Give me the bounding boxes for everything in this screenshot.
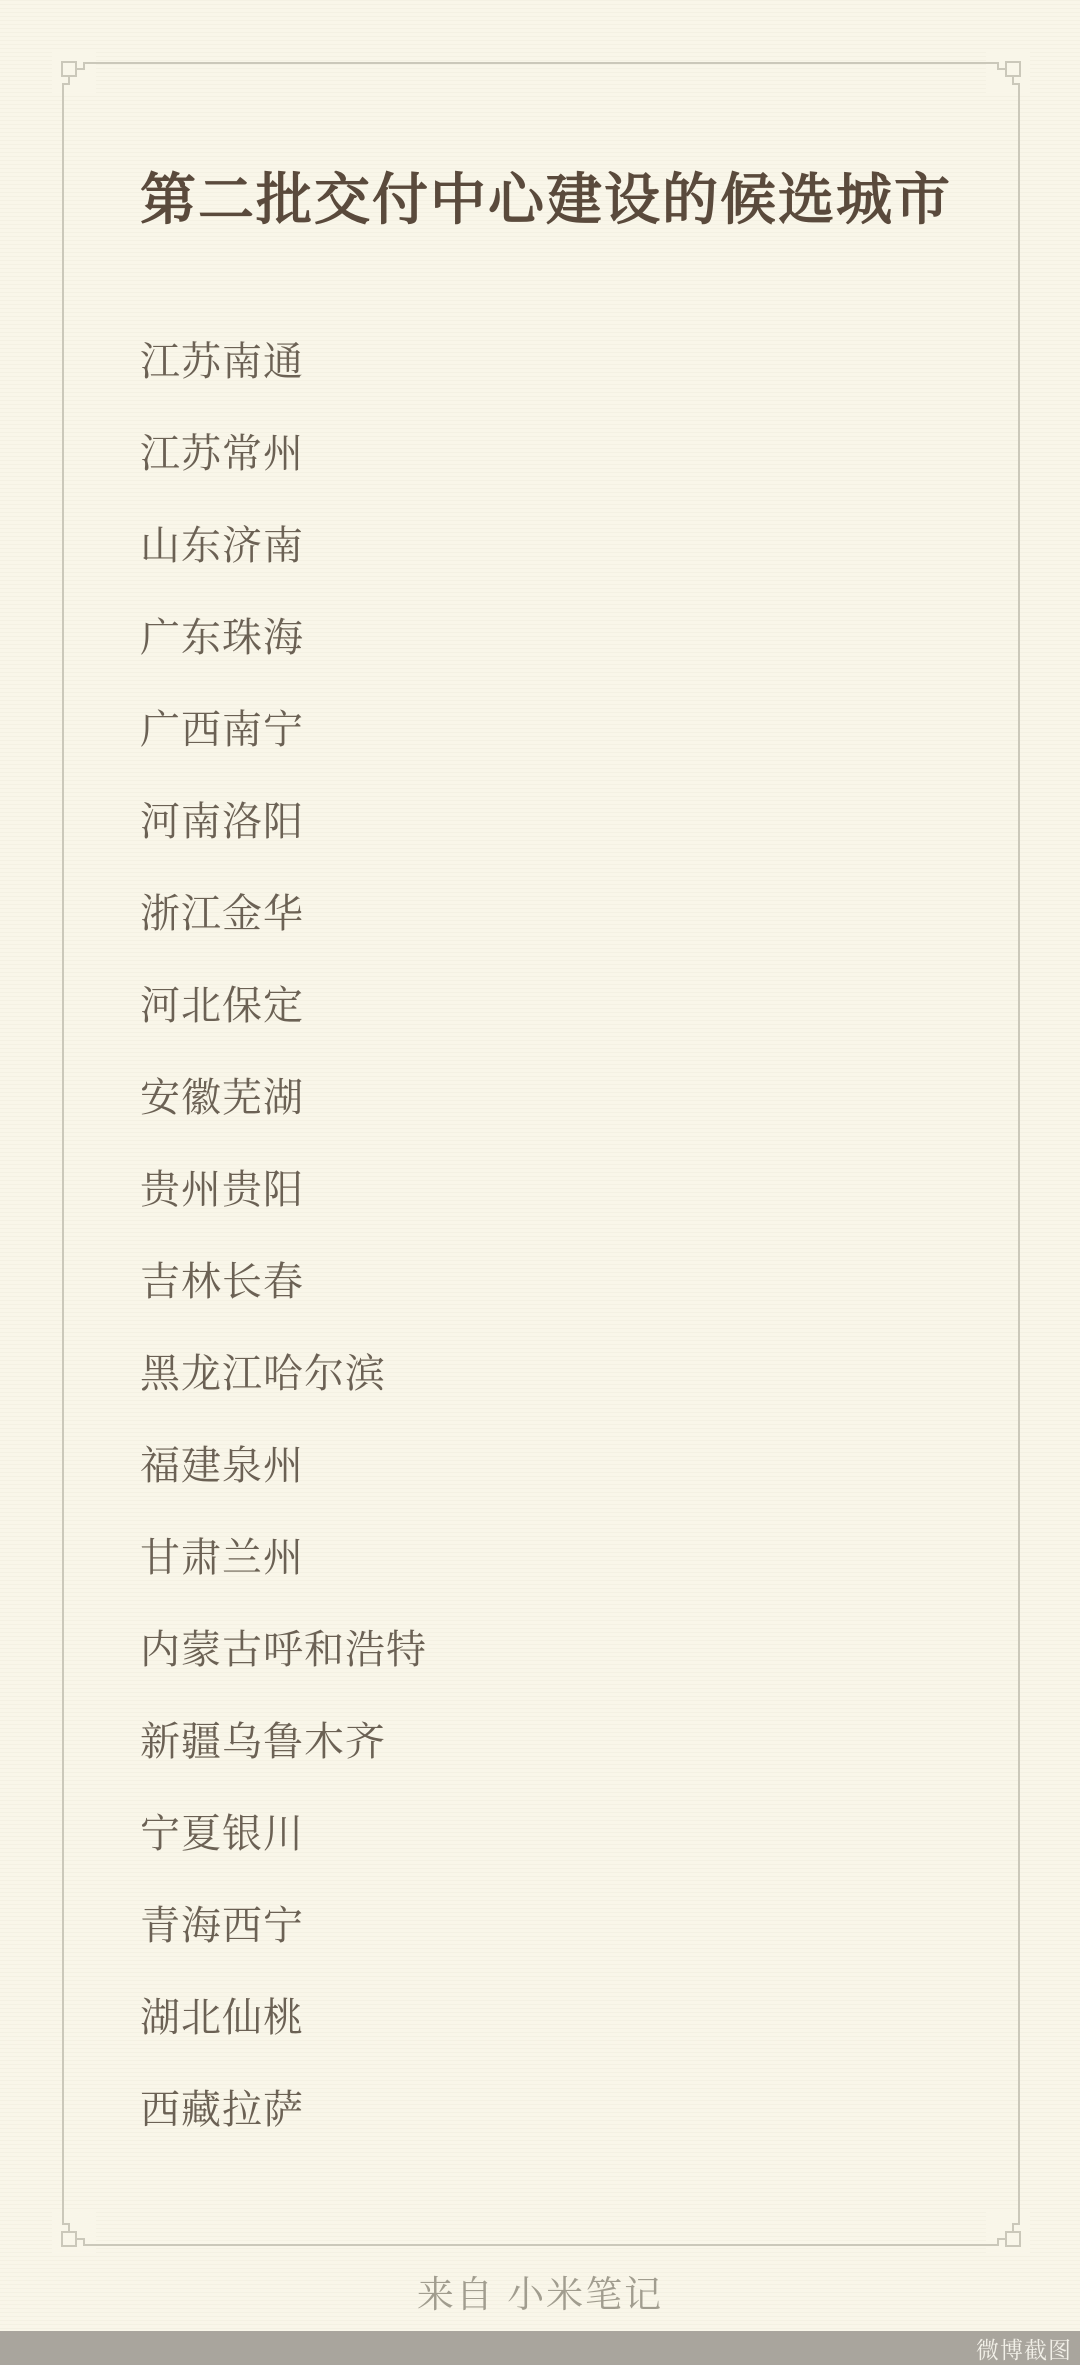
list-item: 吉林长春: [140, 1232, 427, 1324]
list-item: 宁夏银川: [140, 1784, 427, 1876]
list-item: 浙江金华: [140, 864, 427, 956]
list-item: 河南洛阳: [140, 772, 427, 864]
list-item: 广东珠海: [140, 588, 427, 680]
list-item: 黑龙江哈尔滨: [140, 1324, 427, 1416]
list-item: 安徽芜湖: [140, 1048, 427, 1140]
list-item: 山东济南: [140, 496, 427, 588]
list-item: 福建泉州: [140, 1416, 427, 1508]
corner-ornament-icon: [52, 52, 96, 96]
list-item: 广西南宁: [140, 680, 427, 772]
list-item: 江苏南通: [140, 312, 427, 404]
list-item: 甘肃兰州: [140, 1508, 427, 1600]
corner-ornament-icon: [986, 2212, 1030, 2256]
list-item: 内蒙古呼和浩特: [140, 1600, 427, 1692]
list-item: 西藏拉萨: [140, 2060, 427, 2152]
corner-ornament-icon: [52, 2212, 96, 2256]
note-title: 第二批交付中心建设的候选城市: [140, 164, 952, 236]
list-item: 湖北仙桃: [140, 1968, 427, 2060]
list-item: 新疆乌鲁木齐: [140, 1692, 427, 1784]
list-item: 江苏常州: [140, 404, 427, 496]
list-item: 贵州贵阳: [140, 1140, 427, 1232]
watermark-bar: 微博截图: [0, 2331, 1080, 2365]
source-caption: 来自 小米笔记: [0, 2264, 1080, 2318]
list-item: 青海西宁: [140, 1876, 427, 1968]
corner-ornament-icon: [986, 52, 1030, 96]
list-item: 河北保定: [140, 956, 427, 1048]
note-card: 第二批交付中心建设的候选城市 江苏南通江苏常州山东济南广东珠海广西南宁河南洛阳浙…: [0, 0, 1080, 2365]
city-list: 江苏南通江苏常州山东济南广东珠海广西南宁河南洛阳浙江金华河北保定安徽芜湖贵州贵阳…: [140, 312, 427, 2152]
watermark-label: 微博截图: [976, 2332, 1072, 2365]
